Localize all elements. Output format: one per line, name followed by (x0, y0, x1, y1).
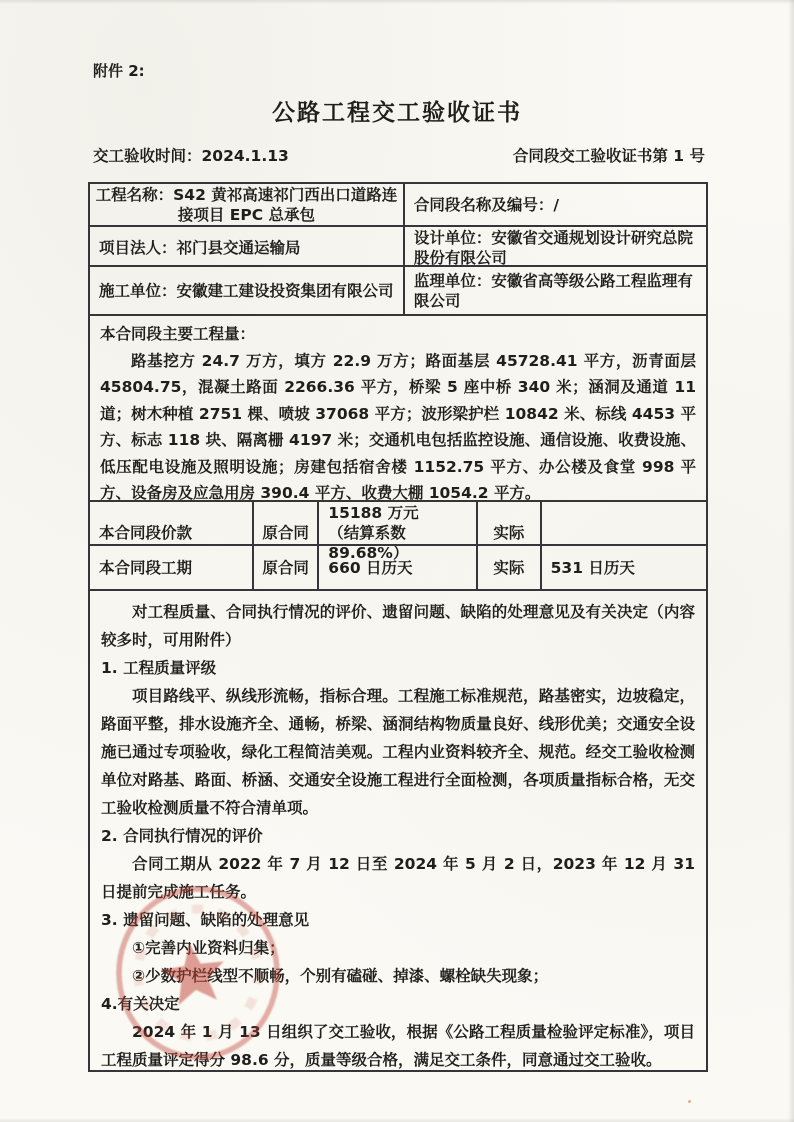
certificate-table: 工程名称：S42 黄祁高速祁门西出口道路连接项目 EPC 总承包 合同段名称及编… (88, 182, 708, 1072)
construction-unit-cell: 施工单位：安徽建工建设投资集团有限公司 (90, 267, 403, 314)
scan-speck (688, 1100, 691, 1103)
duration-original-value: 660 日历天 (317, 546, 476, 589)
table-row-price: 本合同段价款 原合同 15188 万元 （结算系数 89.68%） 实际 (90, 500, 706, 544)
evaluation-heading-issues: 3. 遗留问题、缺陷的处理意见 (101, 906, 695, 934)
table-row-quantities: 本合同段主要工程量： 路基挖方 24.7 万方，填方 22.9 万方；路面基层 … (90, 314, 706, 500)
project-name-cell: 工程名称：S42 黄祁高速祁门西出口道路连接项目 EPC 总承包 (90, 184, 403, 226)
evaluation-cell: 对工程质量、合同执行情况的评价、遗留问题、缺陷的处理意见及有关决定（内容较多时，… (90, 591, 706, 1074)
evaluation-decision-text: 2024 年 1 月 13 日组织了交工验收，根据《公路工程质量检验评定标准》，… (101, 1018, 695, 1074)
scanned-certificate-page: 附件 2: 公路工程交工验收证书 交工验收时间：2024.1.13 合同段交工验… (0, 0, 794, 1122)
table-row-evaluation: 对工程质量、合同执行情况的评价、遗留问题、缺陷的处理意见及有关决定（内容较多时，… (90, 589, 706, 1074)
duration-label: 本合同段工期 (90, 546, 252, 589)
duration-original-label: 原合同 (252, 546, 317, 589)
attachment-label: 附件 2: (93, 60, 145, 81)
evaluation-issue-1: ①完善内业资料归集； (101, 934, 695, 962)
evaluation-intro: 对工程质量、合同执行情况的评价、遗留问题、缺陷的处理意见及有关决定（内容较多时，… (101, 598, 695, 654)
supervision-unit-cell: 监理单位：安徽省高等级公路工程监理有限公司 (403, 267, 706, 314)
evaluation-heading-decision: 4.有关决定 (101, 990, 695, 1018)
page-title: 公路工程交工验收证书 (0, 94, 794, 127)
contract-section-cell: 合同段名称及编号：/ (403, 184, 706, 226)
scan-edge-right (788, 0, 794, 1122)
duration-actual-label: 实际 (476, 546, 539, 589)
evaluation-heading-quality: 1. 工程质量评级 (101, 654, 695, 682)
table-row-duration: 本合同段工期 原合同 660 日历天 实际 531 日历天 (90, 544, 706, 589)
duration-actual-value: 531 日历天 (540, 546, 706, 589)
quantities-cell: 本合同段主要工程量： 路基挖方 24.7 万方，填方 22.9 万方；路面基层 … (90, 316, 706, 507)
quantities-text: 路基挖方 24.7 万方，填方 22.9 万方；路面基层 45728.41 平方… (100, 348, 696, 507)
certificate-number: 合同段交工验收证书第 1 号 (513, 144, 705, 166)
scan-edge-bottom (0, 1118, 794, 1122)
meta-row: 交工验收时间：2024.1.13 合同段交工验收证书第 1 号 (93, 144, 705, 166)
table-row-project: 工程名称：S42 黄祁高速祁门西出口道路连接项目 EPC 总承包 合同段名称及编… (90, 184, 706, 225)
acceptance-time: 交工验收时间：2024.1.13 (93, 144, 289, 166)
evaluation-issue-2: ②少数护栏线型不顺畅，个别有磕碰、掉漆、螺栓缺失现象； (101, 962, 695, 990)
scan-edge-top (0, 0, 794, 4)
table-row-construction-supervision: 施工单位：安徽建工建设投资集团有限公司 监理单位：安徽省高等级公路工程监理有限公… (90, 265, 706, 314)
quantities-title: 本合同段主要工程量： (100, 321, 696, 348)
table-row-legal-design: 项目法人：祁门县交通运输局 设计单位：安徽省交通规划设计研究总院股份有限公司 (90, 225, 706, 265)
design-unit-cell: 设计单位：安徽省交通规划设计研究总院股份有限公司 (403, 227, 706, 269)
evaluation-contract-text: 合同工期从 2022 年 7 月 12 日至 2024 年 5 月 2 日，20… (101, 850, 695, 906)
evaluation-heading-contract: 2. 合同执行情况的评价 (101, 822, 695, 850)
legal-person-cell: 项目法人：祁门县交通运输局 (90, 227, 403, 269)
price-original-amount: 15188 万元 (328, 503, 467, 523)
evaluation-quality-text: 项目路线平、纵线形流畅，指标合理。工程施工标准规范，路基密实，边坡稳定，路面平整… (101, 682, 695, 822)
